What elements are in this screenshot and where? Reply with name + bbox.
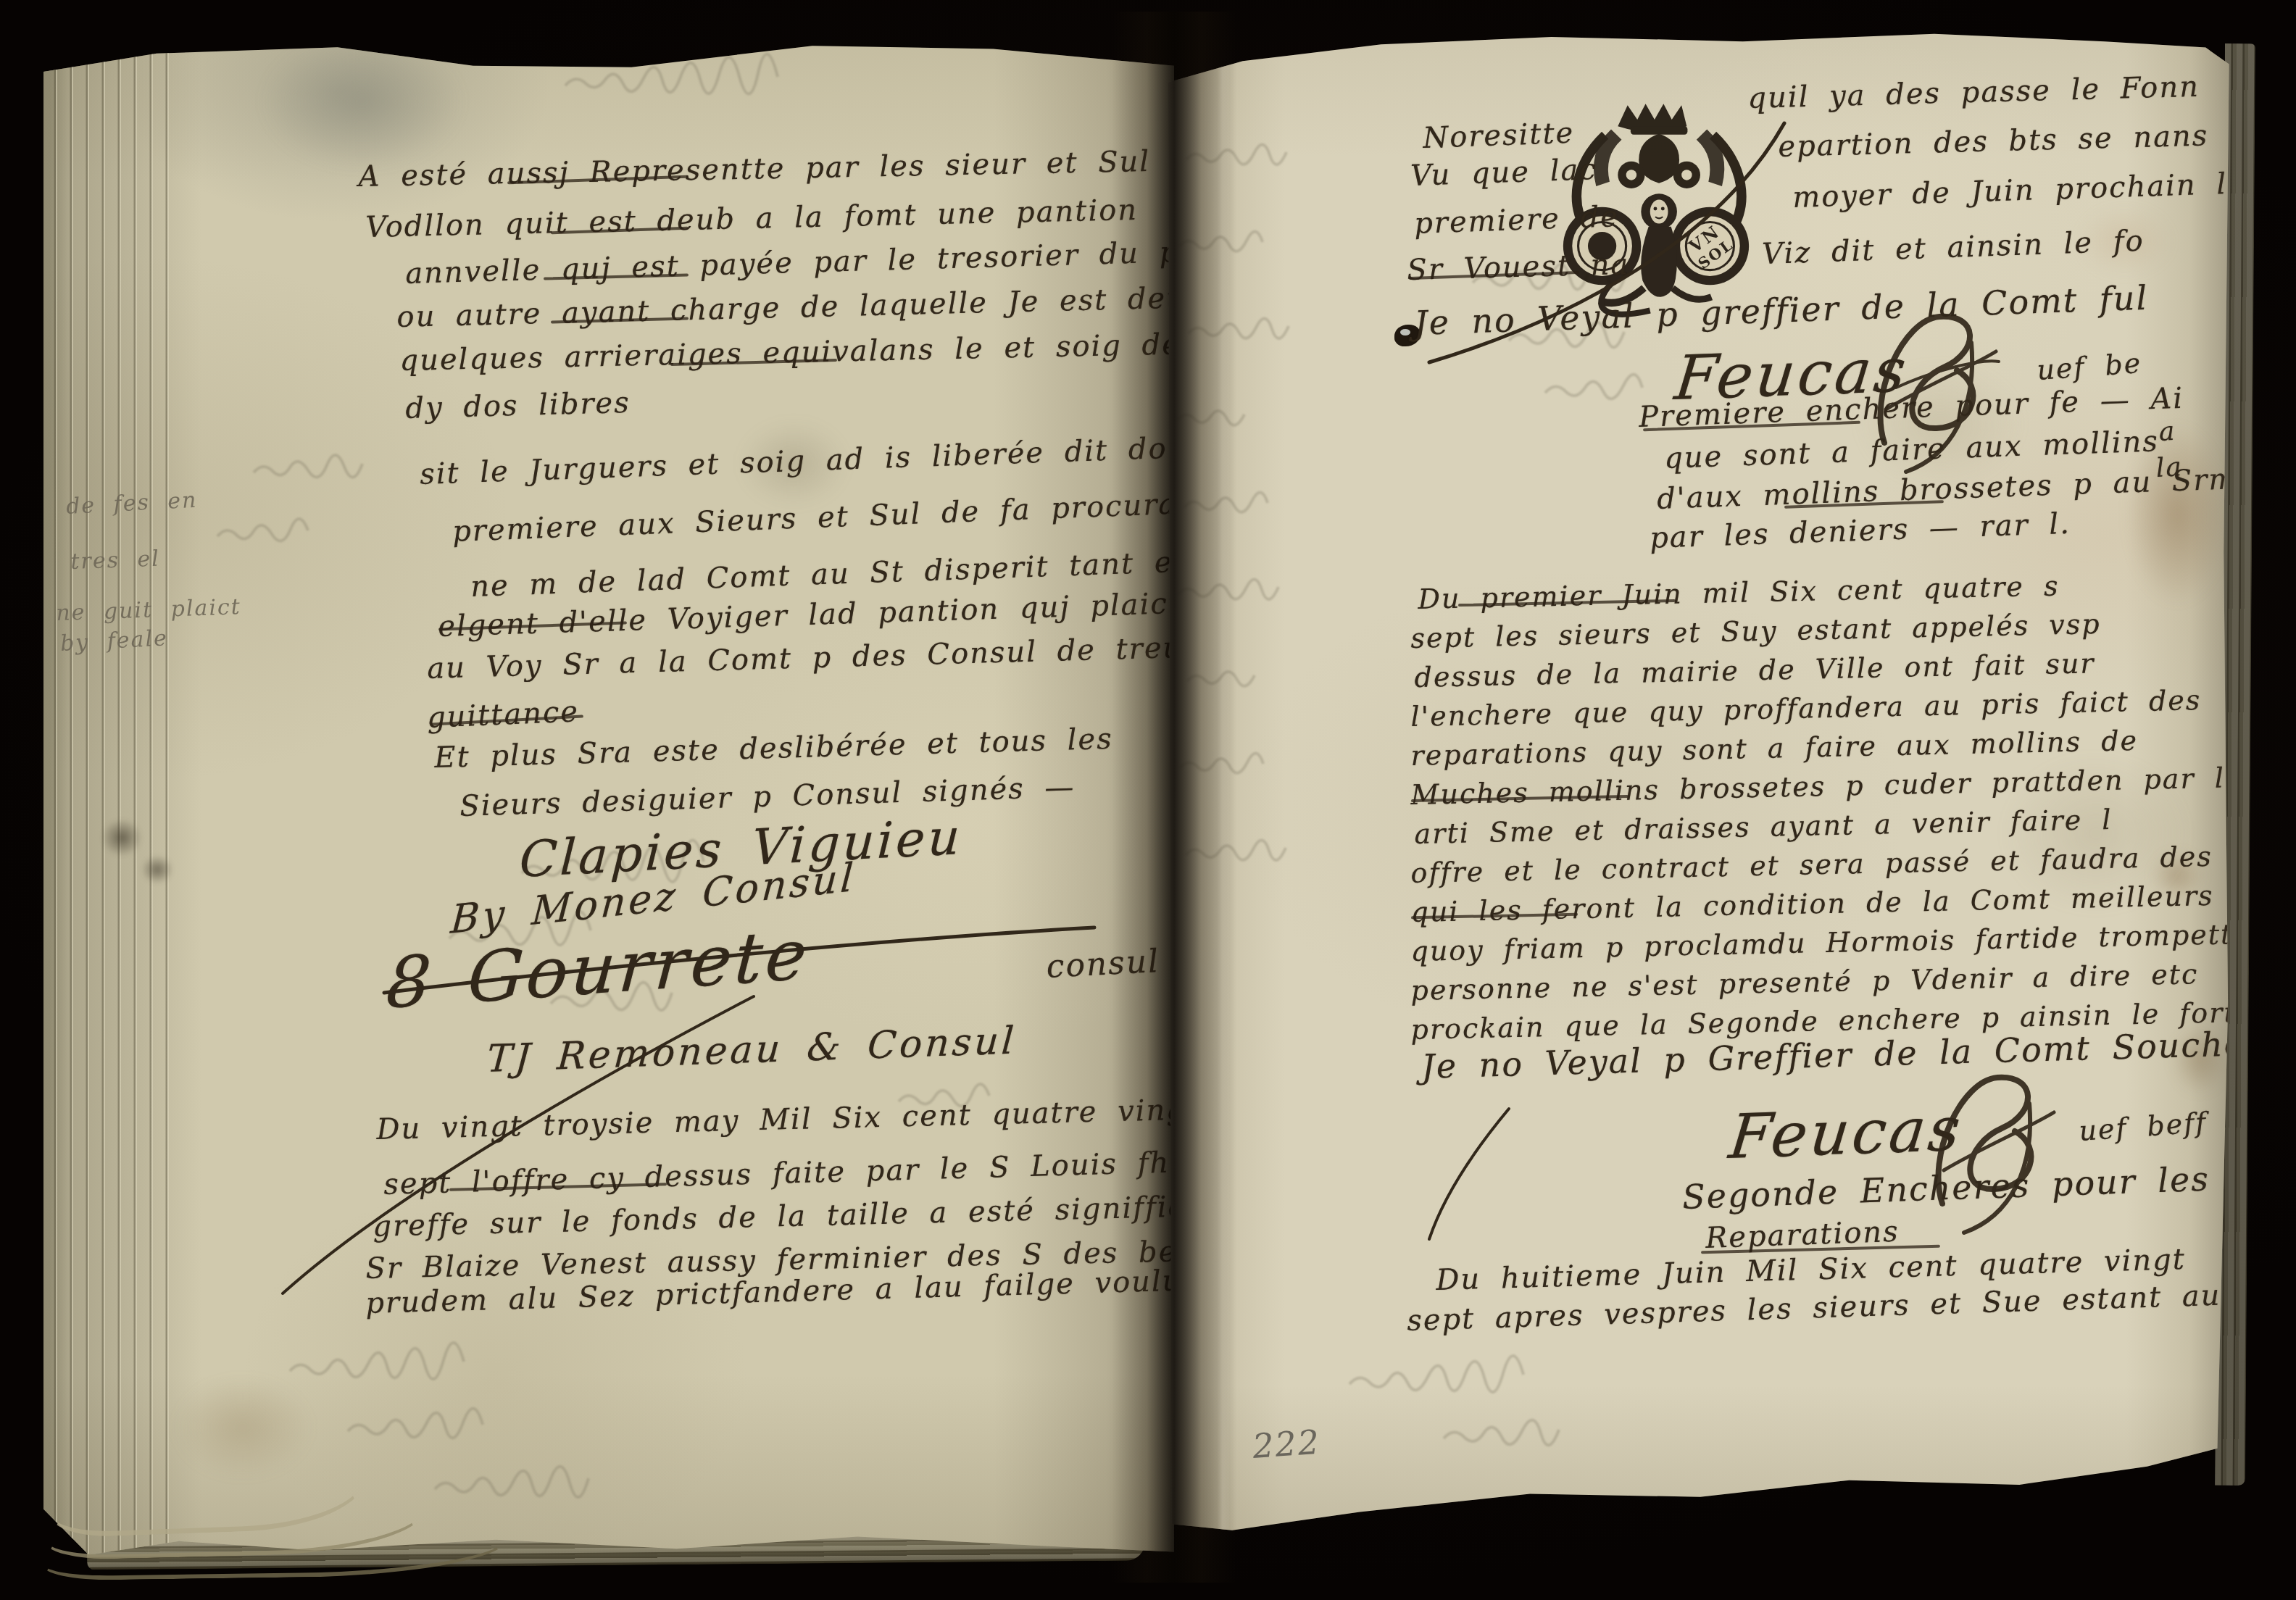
brown-stain — [174, 1377, 312, 1478]
manuscript-line: dessus de la mairie de Ville ont fait su… — [1414, 649, 2095, 693]
signature-paraph-icon — [1922, 1062, 2067, 1250]
page-stack-edges — [43, 29, 170, 1558]
margin-note: tres el — [70, 548, 160, 574]
manuscript-line: l'enchere que quy proffandera au pris fa… — [1410, 686, 2201, 732]
manuscript-line: reparations quy sont a faire aux mollins… — [1410, 727, 2138, 771]
manuscript-line: Noresitte — [1423, 118, 1575, 154]
manuscript-line: epartion des bts se nans ne — [1778, 119, 2268, 162]
manuscript-line: Vodllon quit est deub a la fomt une pant… — [365, 195, 1138, 243]
manuscript-line: quil ya des passe le Fonn — [1747, 72, 2200, 114]
manuscript-line: Sieurs desiguier p Consul signés — — [459, 772, 1076, 822]
manuscript-line: Muches mollins brossetes p cuder prattde… — [1410, 763, 2273, 810]
manuscript-line: premiere aux Sieurs et Sul de fa procura… — [452, 486, 1240, 547]
left-page: A esté aussj Representte par les sieur e… — [43, 29, 1174, 1558]
manuscript-scan: { "colors":{ "background":"#0a0604","pap… — [0, 0, 2296, 1600]
manuscript-line: moyer de Juin prochain le — [1792, 168, 2247, 213]
manuscript-line: sit le Jurguers et soig ad is liberée di… — [420, 430, 1278, 490]
signature-suffix: uef be — [2036, 349, 2142, 386]
manuscript-line: sept les sieurs et Suy estant appelés vs… — [1410, 610, 2101, 654]
manuscript-line: Du premier Juin mil Six cent quatre s — [1418, 572, 2060, 614]
manuscript-line: Vu que lac — [1410, 154, 1598, 191]
manuscript-line: ou autre ayant charge de laquelle Je est… — [396, 283, 1207, 333]
manuscript-line: Viz dit et ainsin le fo — [1762, 226, 2145, 270]
margin-note: la — [2155, 454, 2184, 483]
manuscript-line: Sr Vouest na — [1407, 249, 1630, 286]
water-stain — [261, 33, 464, 170]
signature-suffix: uef beff — [2078, 1109, 2208, 1146]
right-page: VN SOL Noresitte Vu que lac premiere de … — [1168, 22, 2232, 1536]
manuscript-line: par les deniers — rar l. — [1650, 509, 2071, 554]
margin-note: a — [2158, 418, 2176, 446]
margin-note: ne guit plaict — [56, 596, 241, 625]
signature-remoneau: TJ Remoneau & Consul — [486, 1021, 1018, 1079]
manuscript-line: quelques arrieraiges equivalans le et so… — [399, 328, 1231, 376]
folio-number-pencil: 222 — [1252, 1425, 1322, 1464]
signature-suffix: consul — [1046, 945, 1161, 984]
margin-note: de fes en — [65, 489, 198, 519]
manuscript-line: A esté aussj Representte par les sieur e… — [358, 146, 1150, 192]
manuscript-line: Je no Veyal p greffier de la Comt ful — [1413, 280, 2149, 341]
manuscript-line: Du vingt troysie may Mil Six cent quatre… — [376, 1093, 1250, 1145]
manuscript-line: personne ne s'est presenté p Vdenir a di… — [1410, 960, 2199, 1006]
margin-note: by feale — [59, 627, 168, 655]
manuscript-line: arti Sme et draisses ayant a venir faire… — [1414, 806, 2113, 849]
signature-gourrete: 8 Gourrete — [384, 917, 812, 1020]
manuscript-line: premiere de — [1414, 201, 1620, 239]
manuscript-line: guittance — [426, 696, 580, 733]
ink-blot-highlight — [1400, 329, 1410, 336]
manuscript-line: dy dos libres — [405, 388, 631, 424]
manuscript-line: Et plus Sra este deslibérée et tous les — [434, 724, 1113, 773]
manuscript-line: annvelle quj est payée par le tresorier … — [405, 235, 1266, 289]
